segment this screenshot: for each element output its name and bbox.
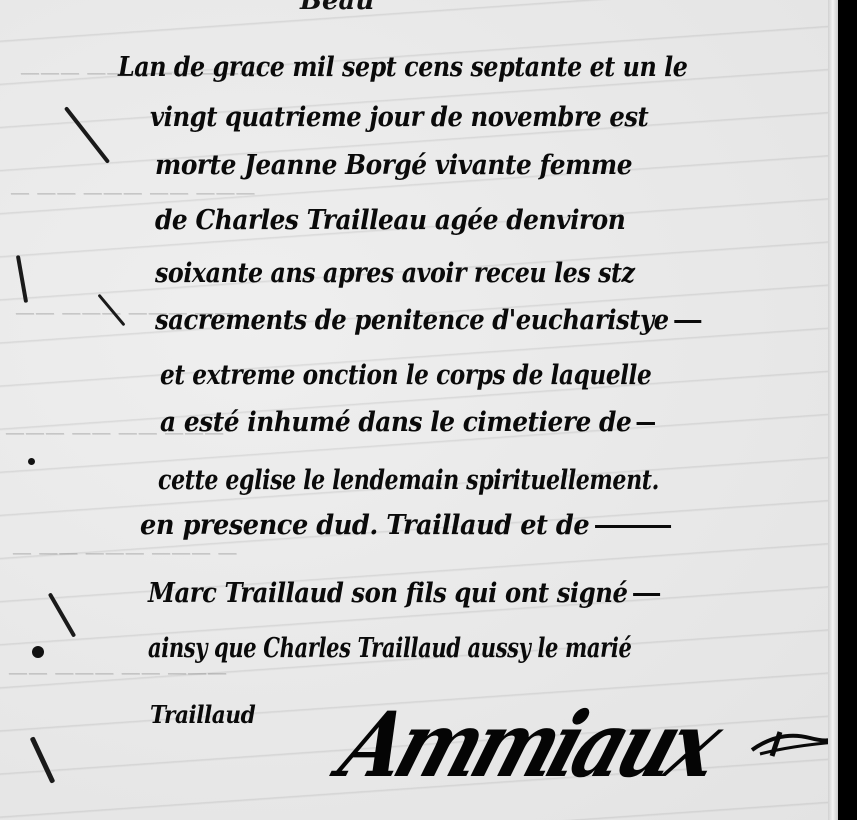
line-filler-rule <box>595 525 671 528</box>
line-text: et extreme onction le corps de laquelle <box>160 360 651 391</box>
record-line-10: en presence dud. Traillaud et de <box>140 510 671 541</box>
record-line-8: a esté inhumé dans le cimetiere de <box>160 407 655 438</box>
line-text: a esté inhumé dans le cimetiere de <box>160 407 631 438</box>
record-line-13: Traillaud <box>150 700 255 729</box>
line-text: ainsy que Charles Traillaud aussy le mar… <box>148 633 631 664</box>
page-edge <box>828 0 838 820</box>
line-filler-rule <box>637 422 655 425</box>
record-line-3: morte Jeanne Borgé vivante femme <box>155 150 632 181</box>
line-text: de Charles Trailleau agée denviron <box>155 205 625 236</box>
line-text: cette eglise le lendemain spirituellemen… <box>158 465 659 496</box>
record-line-1: Lan de grace mil sept cens septante et u… <box>118 52 687 83</box>
line-filler-rule <box>674 320 701 323</box>
bleed-through-line: — ——— ——— —— — <box>12 540 237 564</box>
margin-stroke <box>16 255 28 303</box>
record-line-11: Marc Traillaud son fils qui ont signé <box>148 578 660 609</box>
record-line-7: et extreme onction le corps de laquelle <box>160 360 651 391</box>
margin-stroke <box>64 106 110 164</box>
signature-paraph-flourish <box>750 720 838 760</box>
line-text: vingt quatrieme jour de novembre est <box>150 102 648 133</box>
line-text: Marc Traillaud son fils qui ont signé <box>148 578 627 609</box>
record-line-2: vingt quatrieme jour de novembre est <box>150 102 648 133</box>
bleed-through-line: ——— —— ——— —— — <box>10 180 255 204</box>
line-text: soixante ans apres avoir receu les stz <box>155 258 635 289</box>
line-text: sacrements de penitence d'eucharistye <box>155 305 669 336</box>
ink-blot <box>32 646 44 658</box>
line-text: en presence dud. Traillaud et de <box>140 510 589 541</box>
previous-entry-fragment: Beau <box>300 0 374 16</box>
record-line-5: soixante ans apres avoir receu les stz <box>155 258 635 289</box>
line-text: Traillaud <box>150 700 255 729</box>
record-line-12: ainsy que Charles Traillaud aussy le mar… <box>148 633 631 664</box>
margin-stroke <box>48 592 76 637</box>
line-filler-rule <box>633 593 660 596</box>
register-page: ——— ——— —— ——— ——— —— ——— —— — —— ——— ——… <box>0 0 838 820</box>
record-line-6: sacrements de penitence d'eucharistye <box>155 305 701 336</box>
priest-signature: Ammiaux <box>328 693 729 798</box>
record-line-9: cette eglise le lendemain spirituellemen… <box>158 465 659 496</box>
line-text: morte Jeanne Borgé vivante femme <box>155 150 632 181</box>
margin-stroke <box>30 736 56 783</box>
record-line-4: de Charles Trailleau agée denviron <box>155 205 625 236</box>
line-text: Lan de grace mil sept cens septante et u… <box>118 52 687 83</box>
ink-blot <box>28 458 35 465</box>
